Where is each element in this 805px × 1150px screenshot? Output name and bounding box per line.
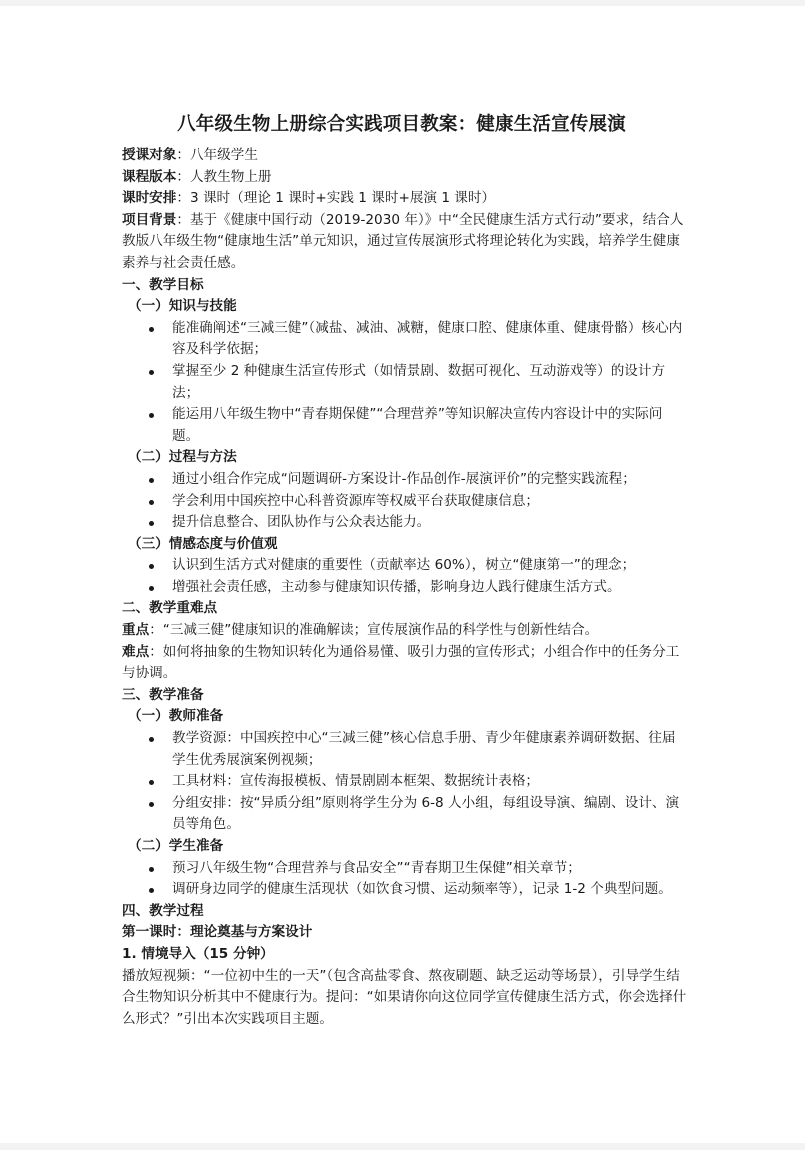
list-item: 能准确阐述“三减三健”（减盐、减油、减糖，健康口腔、健康体重、健康骨骼）核心内容… (172, 318, 687, 361)
meta-separator: ： (176, 212, 190, 228)
difficult-point: 难点：如何将抽象的生物知识转化为通俗易懂、吸引力强的宣传形式；小组合作中的任务分… (122, 642, 687, 685)
meta-separator: ： (176, 190, 190, 206)
list-item: 工具材料：宣传海报模板、情景剧剧本框架、数据统计表格； (172, 771, 687, 793)
section-heading-teaching-goals: 一、教学目标 (122, 275, 687, 297)
meta-value: 3 课时（理论 1 课时+实践 1 课时+展演 1 课时） (190, 190, 495, 206)
meta-value: 基于《健康中国行动（2019-2030 年）》中“全民健康生活方式行动”要求，结… (122, 212, 683, 271)
document-content: 八年级生物上册综合实践项目教案：健康生活宣传展演 授课对象：八年级学生 课程版本… (122, 111, 687, 1030)
meta-target-audience: 授课对象：八年级学生 (122, 145, 687, 167)
meta-label: 项目背景 (122, 212, 176, 228)
key-point-label: 重点 (122, 622, 149, 638)
meta-value: 人教生物上册 (190, 169, 272, 185)
knowledge-skills-list: 能准确阐述“三减三健”（减盐、减油、减糖，健康口腔、健康体重、健康骨骼）核心内容… (122, 318, 687, 448)
subsection-heading-student-preparation: （二）学生准备 (128, 836, 687, 858)
list-item: 学会利用中国疾控中心科普资源库等权威平台获取健康信息； (172, 491, 687, 513)
meta-project-background: 项目背景：基于《健康中国行动（2019-2030 年）》中“全民健康生活方式行动… (122, 210, 687, 275)
teacher-preparation-list: 教学资源：中国疾控中心“三减三健”核心信息手册、青少年健康素养调研数据、往届学生… (122, 728, 687, 836)
meta-class-hours: 课时安排：3 课时（理论 1 课时+实践 1 课时+展演 1 课时） (122, 188, 687, 210)
list-item: 认识到生活方式对健康的重要性（贡献率达 60%），树立“健康第一”的理念； (172, 555, 687, 577)
meta-label: 授课对象 (122, 147, 176, 163)
key-point: 重点：“三减三健”健康知识的准确解读；宣传展演作品的科学性与创新性结合。 (122, 620, 687, 642)
subsection-heading-emotions-values: （三）情感态度与价值观 (128, 534, 687, 556)
emotions-values-list: 认识到生活方式对健康的重要性（贡献率达 60%），树立“健康第一”的理念； 增强… (122, 555, 687, 598)
document-title: 八年级生物上册综合实践项目教案：健康生活宣传展演 (116, 111, 687, 139)
separator: ： (149, 644, 163, 660)
section-heading-key-difficult-points: 二、教学重难点 (122, 598, 687, 620)
list-item: 通过小组合作完成“问题调研-方案设计-作品创作-展演评价”的完整实践流程； (172, 469, 687, 491)
subsection-heading-knowledge-skills: （一）知识与技能 (128, 296, 687, 318)
document-page: 八年级生物上册综合实践项目教案：健康生活宣传展演 授课对象：八年级学生 课程版本… (0, 6, 805, 1143)
process-methods-list: 通过小组合作完成“问题调研-方案设计-作品创作-展演评价”的完整实践流程； 学会… (122, 469, 687, 534)
subsection-heading-teacher-preparation: （一）教师准备 (128, 706, 687, 728)
student-preparation-list: 预习八年级生物“合理营养与食品安全”“青春期卫生保健”相关章节； 调研身边同学的… (122, 858, 687, 901)
meta-value: 八年级学生 (190, 147, 258, 163)
list-item: 增强社会责任感，主动参与健康知识传播，影响身边人践行健康生活方式。 (172, 577, 687, 599)
lesson-one-heading: 第一课时：理论奠基与方案设计 (122, 922, 687, 944)
difficult-point-text: 如何将抽象的生物知识转化为通俗易懂、吸引力强的宣传形式；小组合作中的任务分工与协… (122, 644, 679, 682)
list-item: 调研身边同学的健康生活现状（如饮食习惯、运动频率等），记录 1-2 个典型问题。 (172, 879, 687, 901)
meta-label: 课时安排 (122, 190, 176, 206)
meta-separator: ： (176, 147, 190, 163)
list-item: 能运用八年级生物中“青春期保健”“合理营养”等知识解决宣传内容设计中的实际问题。 (172, 404, 687, 447)
section-heading-teaching-preparation: 三、教学准备 (122, 685, 687, 707)
step-one-text: 播放短视频：“一位初中生的一天”（包含高盐零食、熬夜刷题、缺乏运动等场景），引导… (122, 966, 687, 1031)
difficult-point-label: 难点 (122, 644, 149, 660)
list-item: 提升信息整合、团队协作与公众表达能力。 (172, 512, 687, 534)
section-heading-teaching-process: 四、教学过程 (122, 901, 687, 923)
key-point-text: “三减三健”健康知识的准确解读；宣传展演作品的科学性与创新性结合。 (163, 622, 599, 638)
separator: ： (149, 622, 163, 638)
subsection-heading-process-methods: （二）过程与方法 (128, 447, 687, 469)
meta-label: 课程版本 (122, 169, 176, 185)
meta-textbook-version: 课程版本：人教生物上册 (122, 167, 687, 189)
list-item: 掌握至少 2 种健康生活宣传形式（如情景剧、数据可视化、互动游戏等）的设计方法； (172, 361, 687, 404)
step-one-heading: 1. 情境导入（15 分钟） (122, 944, 687, 966)
list-item: 分组安排：按“异质分组”原则将学生分为 6-8 人小组，每组设导演、编剧、设计、… (172, 793, 687, 836)
list-item: 教学资源：中国疾控中心“三减三健”核心信息手册、青少年健康素养调研数据、往届学生… (172, 728, 687, 771)
meta-separator: ： (176, 169, 190, 185)
list-item: 预习八年级生物“合理营养与食品安全”“青春期卫生保健”相关章节； (172, 858, 687, 880)
